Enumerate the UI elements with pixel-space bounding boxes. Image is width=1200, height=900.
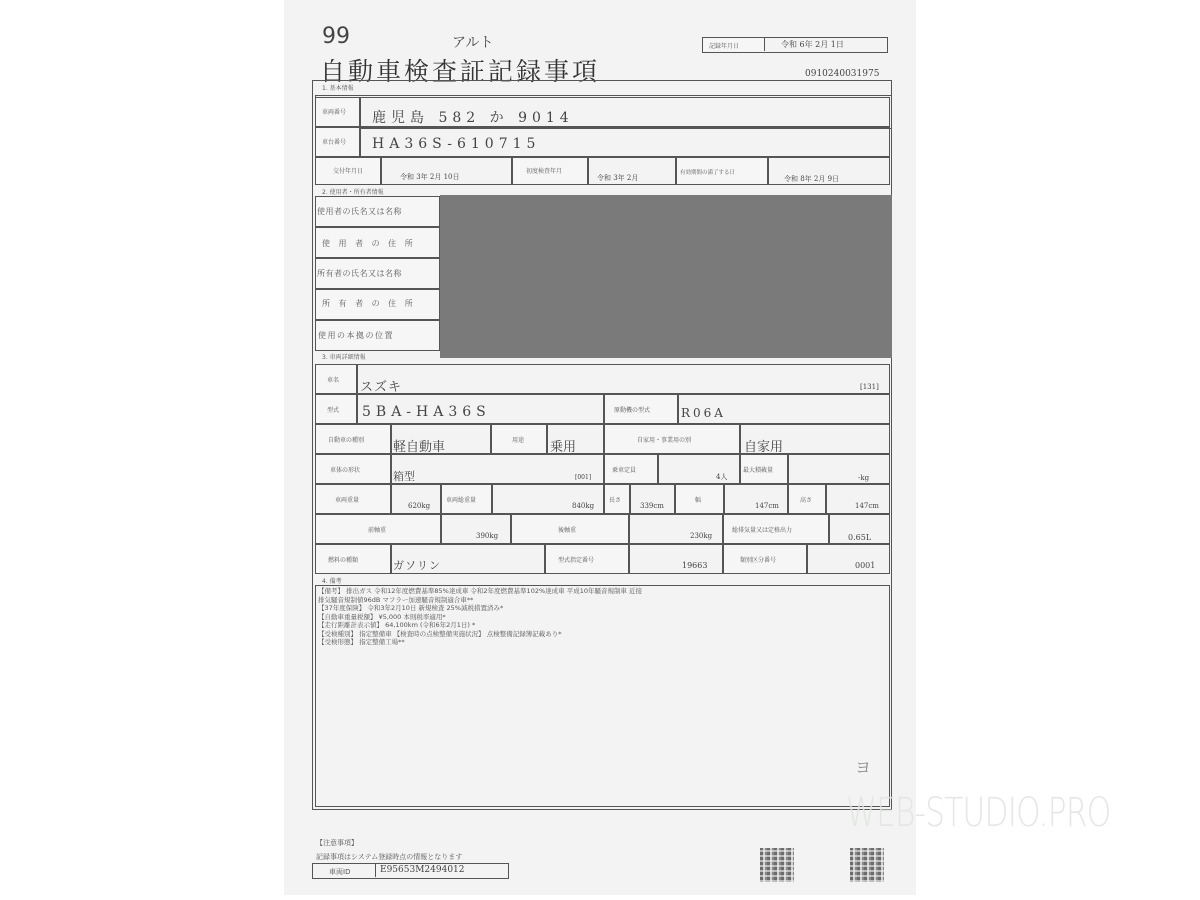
- maker-value: スズキ: [360, 376, 402, 395]
- remarks-line: 排気騒音規制値96dB マフラー加速騒音規制適合車**: [318, 596, 642, 605]
- vehicle-id-label: 車両ID: [329, 867, 350, 877]
- notice-text: 記録事項はシステム登録時点の情報となります: [316, 852, 462, 862]
- first-reg-label: 初度検査年月: [526, 166, 562, 175]
- vehicle-id-value: E95653M2494012: [380, 865, 465, 875]
- remarks-line: 【受検種別】 指定整備車 【検査時の点検整備実施状況】 点検整備記録簿記載あり*: [318, 630, 642, 639]
- vehicle-type-value: 軽自動車: [393, 436, 445, 455]
- fuel-value: ガソリン: [393, 557, 441, 573]
- watermark: WEB-STUDIO.PRO: [846, 790, 1111, 836]
- width-value: 147cm: [755, 502, 779, 510]
- section4-header: 4. 備考: [322, 576, 342, 585]
- party-label-user-address: 使 用 者 の 住 所: [322, 238, 416, 249]
- displacement-label: 総排気量又は定格出力: [732, 525, 792, 534]
- section2-header: 2. 使用者・所有者情報: [322, 187, 384, 196]
- fuel-label: 燃料の種類: [328, 555, 358, 564]
- handwritten-model: アルト: [452, 32, 493, 52]
- section3-header: 3. 車両詳細情報: [322, 352, 366, 361]
- length-value: 339cm: [640, 502, 664, 510]
- document-number: 0910240031975: [805, 69, 879, 79]
- gross-weight-label: 車両総重量: [446, 495, 476, 504]
- use-value: 乗用: [550, 436, 576, 455]
- body-shape-label: 車体の形状: [330, 465, 360, 474]
- displacement-value: 0.65L: [848, 533, 871, 542]
- weight-value: 620kg: [408, 502, 430, 510]
- category-label: 類別区分番号: [740, 555, 776, 564]
- private-use-value: 自家用: [744, 436, 783, 455]
- maker-label: 車名: [327, 375, 339, 384]
- private-use-label: 自家用・事業用の別: [637, 435, 691, 444]
- remarks-line: 【自動車重量税額】 ¥5,000 本則税率適用*: [318, 613, 642, 622]
- type-designation-label: 型式指定番号: [558, 555, 594, 564]
- gross-weight-value: 840kg: [572, 502, 594, 510]
- height-value: 147cm: [855, 502, 879, 510]
- issue-value: 令和 3年 2月 10日: [400, 172, 460, 182]
- remarks-line: 【受検形態】 指定整備工場**: [318, 638, 642, 647]
- record-date-value: 令和 6年 2月 1日: [781, 39, 844, 50]
- chassis-label: 車台番号: [322, 137, 346, 146]
- max-load-value: -kg: [858, 474, 869, 482]
- registration-label: 車両番号: [322, 107, 346, 116]
- type-designation-value: 19663: [682, 561, 707, 570]
- weight-label: 車両重量: [335, 495, 359, 504]
- vehicle-type-label: 自動車の種別: [328, 435, 364, 444]
- rear-axle-value: 230kg: [690, 532, 712, 540]
- vehicle-id-box: 車両ID E95653M2494012: [312, 863, 509, 879]
- handwritten-mark: ヨ: [855, 755, 871, 778]
- party-label-owner-address: 所 有 者 の 住 所: [322, 298, 416, 309]
- section1-header: 1. 基本情報: [322, 83, 354, 92]
- category-value: 0001: [855, 561, 875, 570]
- first-reg-value: 令和 3年 2月: [597, 173, 638, 183]
- expiry-label: 有効期間の満了する日: [680, 168, 735, 176]
- chassis-value: HA36S-610715: [372, 136, 540, 152]
- width-label: 幅: [695, 495, 701, 504]
- rear-axle-label: 後軸重: [558, 525, 576, 534]
- party-label-base-location: 使用の本拠の位置: [318, 330, 394, 341]
- remarks-line: 【走行距離計表示値】 64,100km (令和6年2月1日) *: [318, 621, 642, 630]
- qr-code-icon: [850, 848, 884, 882]
- length-label: 長さ: [609, 495, 621, 504]
- remarks-line: 【備考】 排出ガス 令和12年度燃費基準85%達成車 令和2年度燃費基準102%…: [318, 587, 642, 596]
- registration-value: 鹿児島 582 か 9014: [372, 107, 574, 127]
- expiry-value: 令和 8年 2月 9日: [784, 174, 839, 184]
- body-shape-code: [001]: [575, 474, 591, 481]
- engine-value: R06A: [681, 406, 726, 420]
- record-date-box: 記録年月日 令和 6年 2月 1日: [702, 37, 888, 53]
- front-axle-label: 前軸重: [368, 525, 386, 534]
- issue-label: 交付年月日: [333, 166, 363, 175]
- redacted-owner-info: [440, 195, 892, 358]
- maker-code: [131]: [860, 383, 879, 391]
- remarks-line: 【37年度保険】 令和3年2月10日 新規検査 25%減税措置済み*: [318, 604, 642, 613]
- model-value: 5BA-HA36S: [362, 404, 491, 420]
- party-label-owner-name: 所有者の氏名又は名称: [317, 268, 402, 279]
- notice-label: 【注意事項】: [316, 838, 358, 848]
- body-shape-value: 箱型: [393, 468, 415, 484]
- remarks-list: 【備考】 排出ガス 令和12年度燃費基準85%達成車 令和2年度燃費基準102%…: [318, 587, 642, 647]
- front-axle-value: 390kg: [476, 532, 498, 540]
- height-label: 高さ: [800, 495, 812, 504]
- capacity-label: 乗車定員: [612, 465, 636, 474]
- record-date-label: 記録年月日: [709, 41, 739, 50]
- party-label-user-name: 使用者の氏名又は名称: [317, 206, 402, 217]
- max-load-label: 最大積載量: [743, 465, 773, 474]
- qr-code-icon: [760, 848, 794, 882]
- handwritten-number: 99: [322, 24, 350, 49]
- model-label: 型式: [327, 405, 339, 414]
- capacity-value: 4人: [716, 472, 727, 482]
- use-label: 用途: [512, 435, 524, 444]
- engine-label: 原動機の型式: [614, 405, 650, 414]
